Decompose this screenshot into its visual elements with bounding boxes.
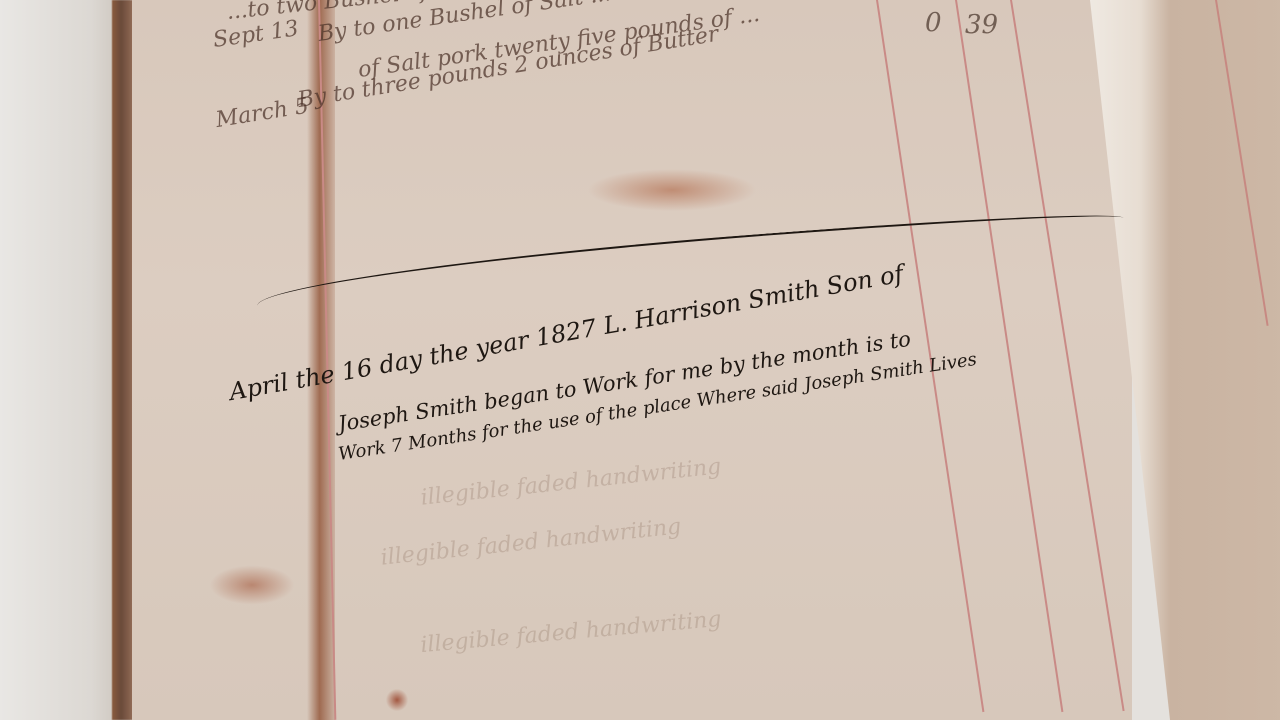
amount-value: 39 bbox=[965, 10, 998, 40]
amount-pence: 0 bbox=[925, 8, 942, 38]
background-surface bbox=[0, 0, 130, 720]
